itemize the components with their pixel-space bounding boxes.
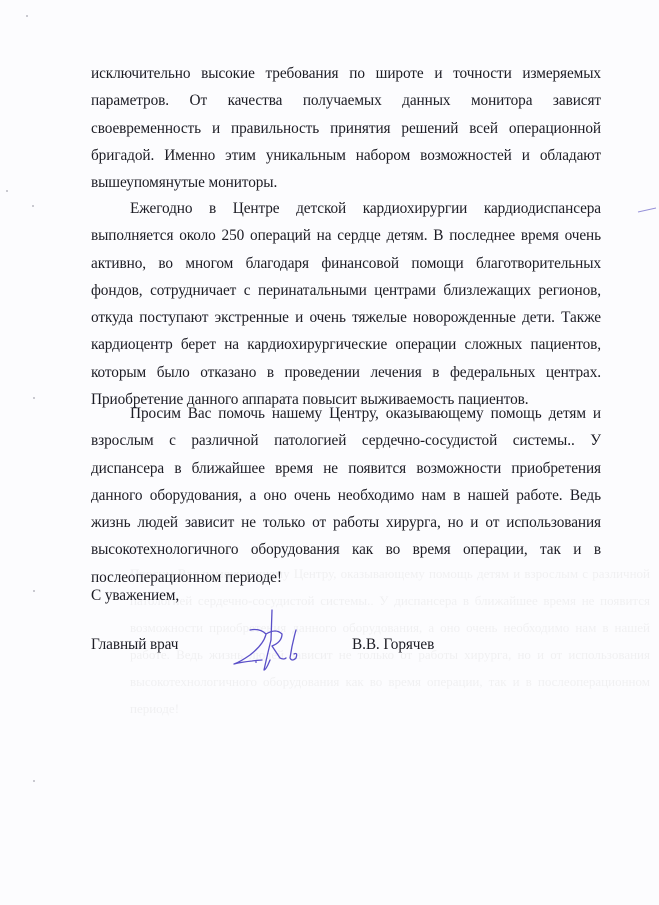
closing-salutation: С уважением,: [91, 585, 179, 607]
handwritten-signature-icon: [220, 600, 320, 680]
signatory-name: В.В. Горячев: [352, 636, 434, 654]
scan-speck: [6, 190, 8, 192]
paragraph-monitors: исключительно высокие требования по широ…: [91, 60, 601, 196]
bleed-through-text: Просим Вас помочь нашему Центру, оказыва…: [130, 560, 650, 890]
scan-speck: [32, 205, 34, 207]
scan-speck: [33, 590, 35, 592]
signature-block: Главный врач В.В. Горячев: [91, 636, 601, 658]
paragraph-request: Просим Вас помочь нашему Центру, оказыва…: [91, 400, 601, 591]
scanned-letter-page: Просим Вас помочь нашему Центру, оказыва…: [0, 0, 659, 905]
signatory-title: Главный врач: [91, 636, 178, 654]
scan-speck: [26, 15, 28, 17]
paragraph-center-operations: Ежегодно в Центре детской кардиохирургии…: [91, 195, 601, 413]
scan-speck: [33, 780, 35, 782]
pen-stroke-mark: [637, 207, 657, 213]
scan-speck: [33, 397, 35, 399]
